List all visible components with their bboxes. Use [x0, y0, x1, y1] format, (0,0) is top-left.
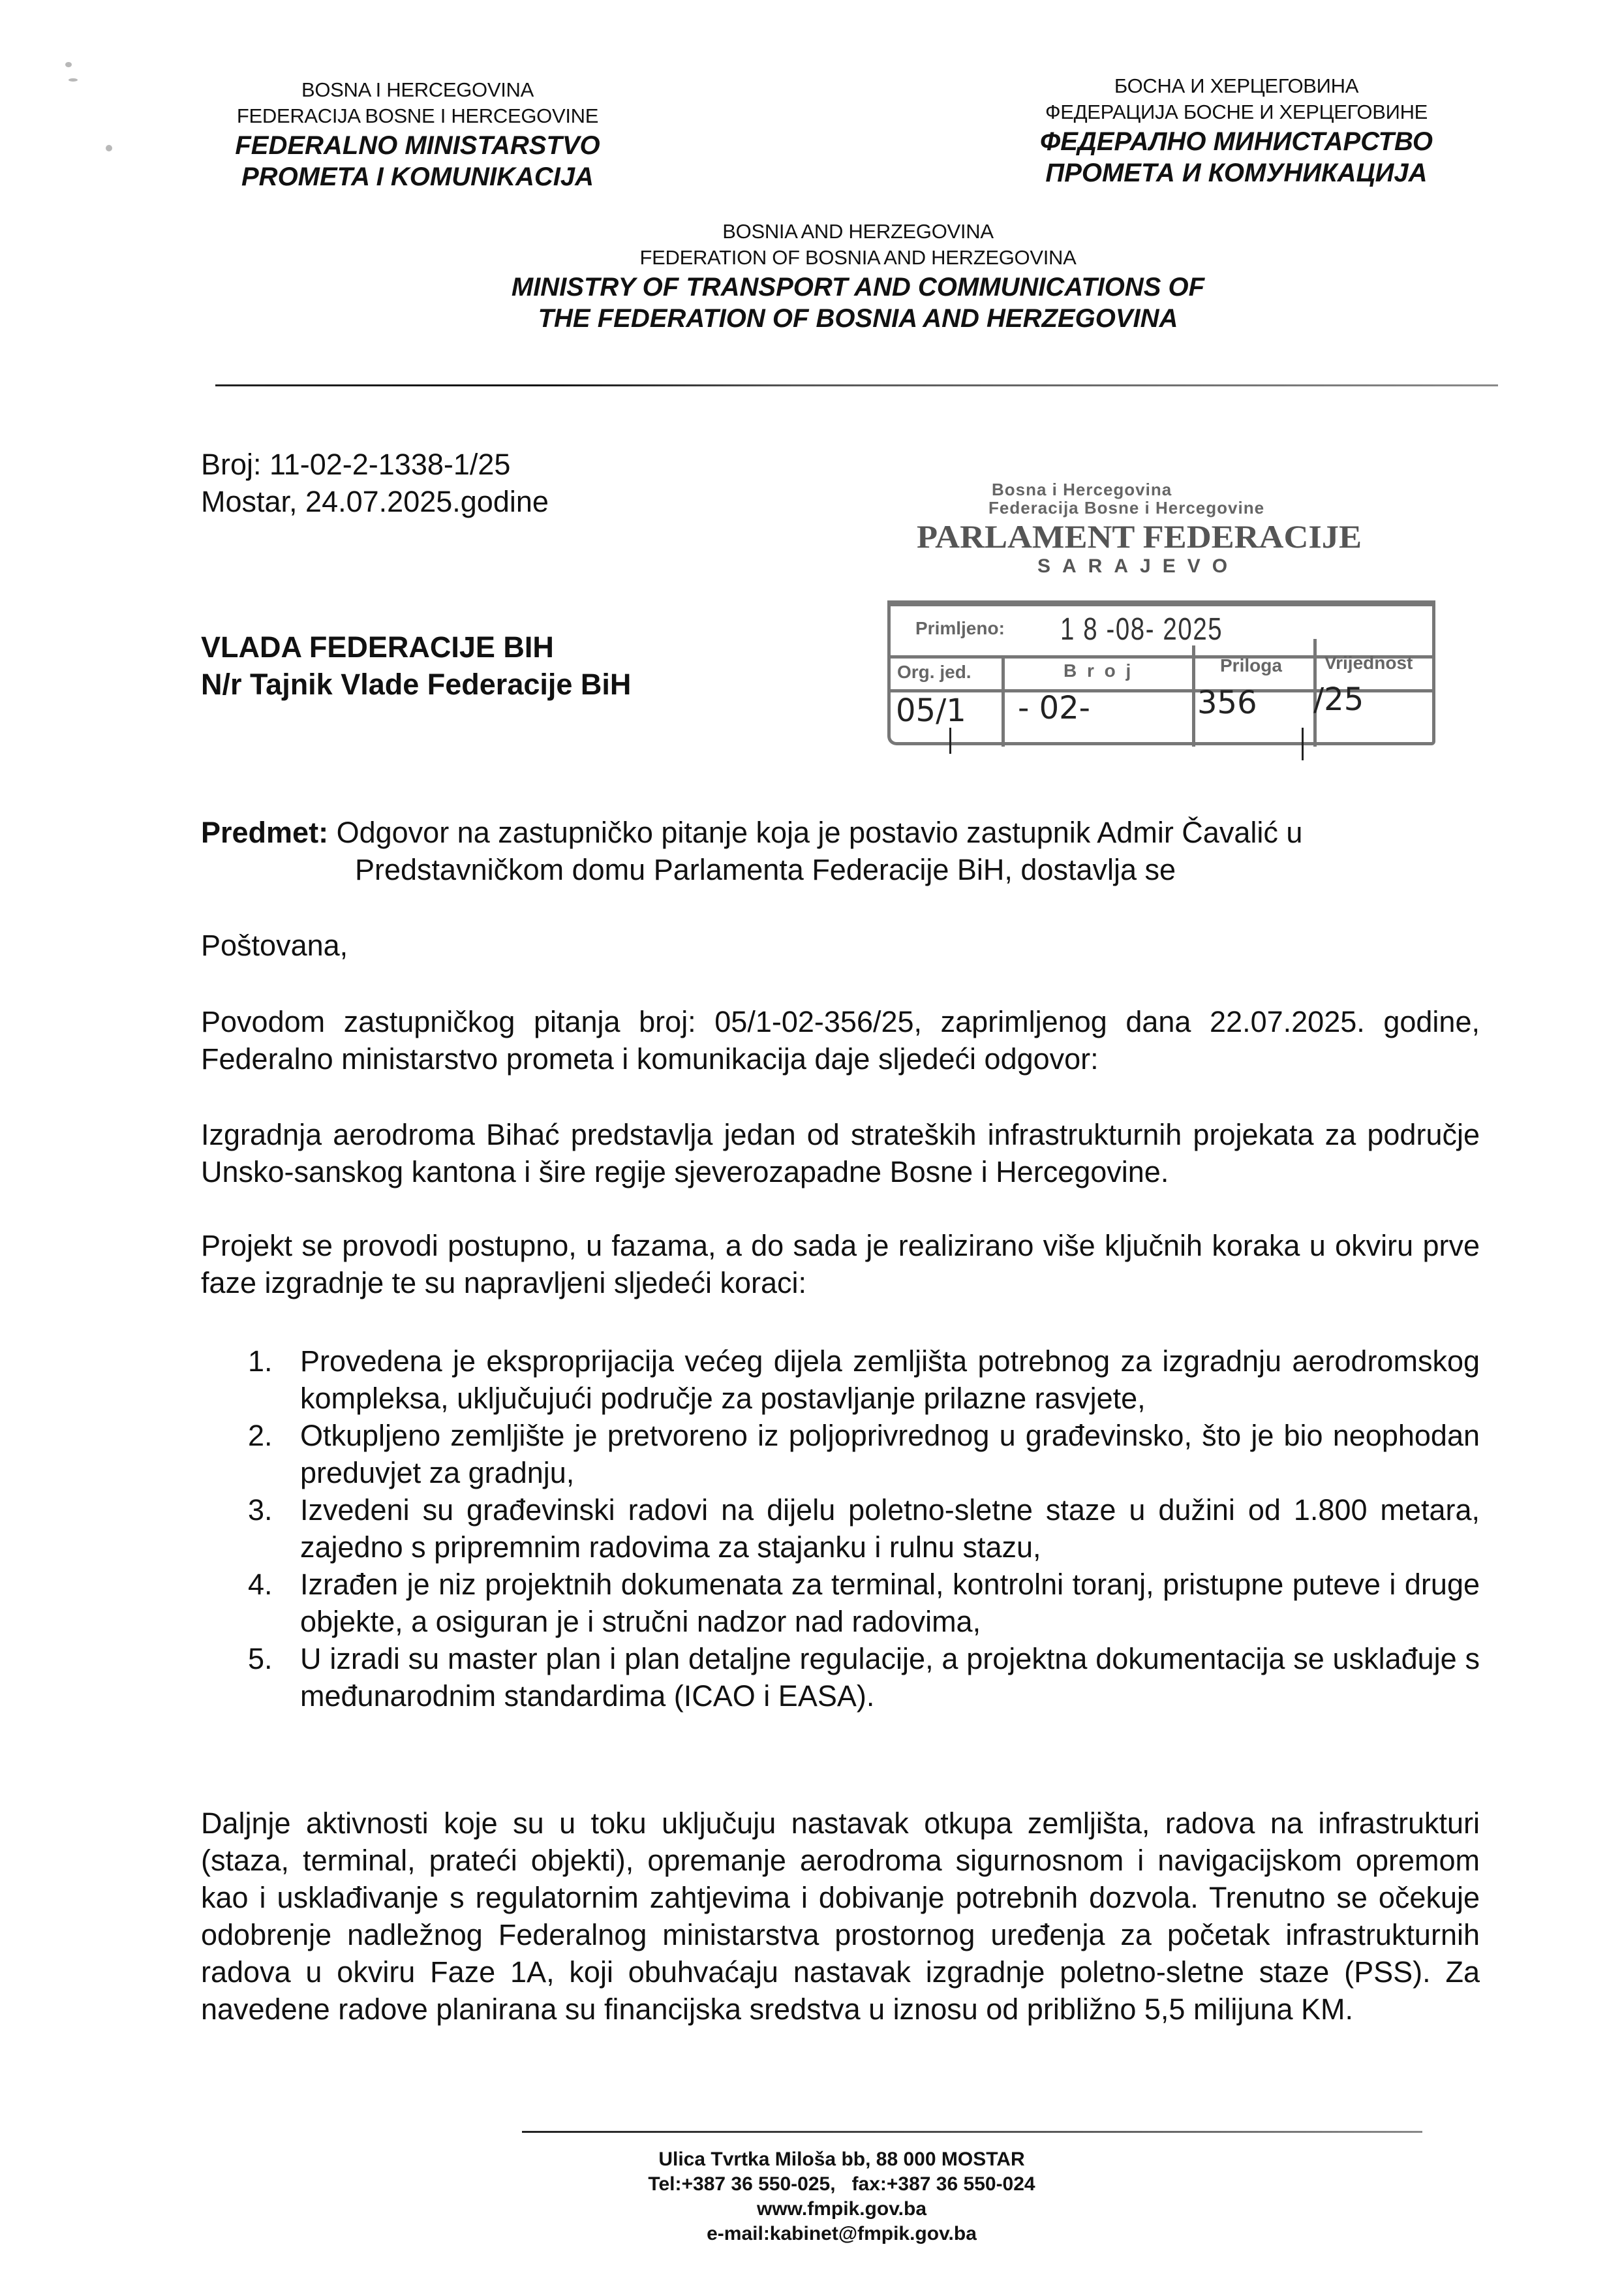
stamp-divider — [1002, 655, 1005, 747]
footer-address: Ulica Tvrtka Miloša bb, 88 000 MOSTAR — [515, 2147, 1168, 2172]
footer-divider — [522, 2131, 1422, 2133]
federation-name: FEDERACIJA BOSNE I HERCEGOVINE — [206, 103, 630, 129]
ministry-name-cyrillic-line2: ПРОМЕТА И КОМУНИКАЦИЈА — [1008, 157, 1465, 189]
list-item: 4.Izrađen je niz projektnih dokumenata z… — [248, 1566, 1480, 1640]
recipient-block: VLADA FEDERACIJE BIH N/r Tajnik Vlade Fe… — [201, 628, 631, 703]
stamp-title: PARLAMENT FEDERACIJE — [917, 518, 1362, 555]
list-item: 1.Provedena je eksproprijacija većeg dij… — [248, 1342, 1480, 1417]
scan-speck — [106, 145, 112, 151]
stamp-col-vrijednost: Vrijednost — [1324, 653, 1413, 674]
scan-speck — [65, 62, 72, 67]
received-stamp: Bosna i Hercegovina Federacija Bosne i H… — [874, 480, 1448, 760]
place-date: Mostar, 24.07.2025.godine — [201, 483, 549, 520]
reference-number: Broj: 11-02-2-1338-1/25 — [201, 446, 549, 483]
list-item: 2.Otkupljeno zemljište je pretvoreno iz … — [248, 1417, 1480, 1491]
stamp-city: SARAJEVO — [1037, 555, 1239, 578]
country-name-cyrillic: БОСНА И ХЕРЦЕГОВИНА — [1008, 73, 1465, 99]
stamp-hand-priloga: 356 — [1197, 685, 1257, 721]
list-item: 3.Izvedeni su građevinski radovi na dije… — [248, 1491, 1480, 1566]
letterhead-left: BOSNA I HERCEGOVINA FEDERACIJA BOSNE I H… — [206, 77, 630, 193]
steps-list: 1.Provedena je eksproprijacija većeg dij… — [248, 1342, 1480, 1714]
paragraph-phases: Projekt se provodi postupno, u fazama, a… — [201, 1227, 1480, 1301]
salutation: Poštovana, — [201, 927, 348, 964]
ministry-name-line1: FEDERALNO MINISTARSTVO — [206, 130, 630, 162]
footer-phone: Tel:+387 36 550-025, fax:+387 36 550-024 — [515, 2172, 1168, 2197]
paragraph-project-overview: Izgradnja aerodroma Bihać predstavlja je… — [201, 1116, 1480, 1190]
stamp-col-org: Org. jed. — [897, 662, 972, 683]
federation-name-cyrillic: ФЕДЕРАЦИЈА БОСНЕ И ХЕРЦЕГОВИНЕ — [1008, 99, 1465, 125]
letterhead-center-english: BOSNIA AND HERZEGOVINA FEDERATION OF BOS… — [418, 219, 1298, 335]
ministry-name-cyrillic-line1: ФЕДЕРАЛНО МИНИСТАРСТВО — [1008, 126, 1465, 158]
stamp-received-date: 1 8 -08- 2025 — [1060, 612, 1223, 647]
footer: Ulica Tvrtka Miloša bb, 88 000 MOSTAR Te… — [515, 2147, 1168, 2246]
stamp-col-priloga: Priloga — [1220, 655, 1282, 676]
stamp-country: Bosna i Hercegovina — [992, 480, 1172, 500]
scan-speck — [69, 78, 78, 82]
reference-block: Broj: 11-02-2-1338-1/25 Mostar, 24.07.20… — [201, 446, 549, 520]
subject-label: Predmet: — [201, 816, 328, 849]
pen-stroke — [949, 728, 951, 754]
footer-website-link[interactable]: www.fmpik.gov.ba — [515, 2197, 1168, 2222]
country-name-english: BOSNIA AND HERZEGOVINA — [418, 219, 1298, 245]
stamp-federation: Federacija Bosne i Hercegovine — [988, 498, 1264, 518]
paragraph-intro: Povodom zastupničkog pitanja broj: 05/1-… — [201, 1003, 1480, 1078]
letterhead-right-cyrillic: БОСНА И ХЕРЦЕГОВИНА ФЕДЕРАЦИЈА БОСНЕ И Х… — [1008, 73, 1465, 189]
stamp-hand-broj: - 02- — [1018, 690, 1090, 726]
list-item: 5.U izradi su master plan i plan detaljn… — [248, 1640, 1480, 1714]
stamp-hand-vrijednost: /25 — [1313, 681, 1364, 718]
ministry-name-english-line1: MINISTRY OF TRANSPORT AND COMMUNICATIONS… — [418, 271, 1298, 303]
stamp-col-broj: B r o j — [1063, 660, 1133, 681]
stamp-box: Primljeno: 1 8 -08- 2025 Org. jed. B r o… — [887, 600, 1435, 745]
paragraph-next-steps: Daljnje aktivnosti koje su u toku uključ… — [201, 1805, 1480, 2028]
stamp-received-row: Primljeno: 1 8 -08- 2025 — [891, 606, 1432, 659]
recipient-attention: N/r Tajnik Vlade Federacije BiH — [201, 666, 631, 703]
subject-line1: Odgovor na zastupničko pitanje koja je p… — [337, 816, 1303, 849]
stamp-hand-org: 05/1 — [896, 692, 966, 729]
pen-stroke — [1302, 728, 1304, 760]
country-name: BOSNA I HERCEGOVINA — [206, 77, 630, 103]
stamp-divider — [1192, 645, 1195, 747]
ministry-name-line2: PROMETA I KOMUNIKACIJA — [206, 161, 630, 193]
subject-block: Predmet: Odgovor na zastupničko pitanje … — [201, 814, 1480, 888]
ministry-name-english-line2: THE FEDERATION OF BOSNIA AND HERZEGOVINA — [418, 303, 1298, 335]
subject-line2: Predstavničkom domu Parlamenta Federacij… — [201, 851, 1480, 888]
recipient-name: VLADA FEDERACIJE BIH — [201, 628, 631, 666]
header-divider — [215, 384, 1498, 386]
footer-email-link[interactable]: e-mail:kabinet@fmpik.gov.ba — [515, 2222, 1168, 2246]
stamp-received-label: Primljeno: — [915, 618, 1005, 639]
federation-name-english: FEDERATION OF BOSNIA AND HERZEGOVINA — [418, 245, 1298, 271]
